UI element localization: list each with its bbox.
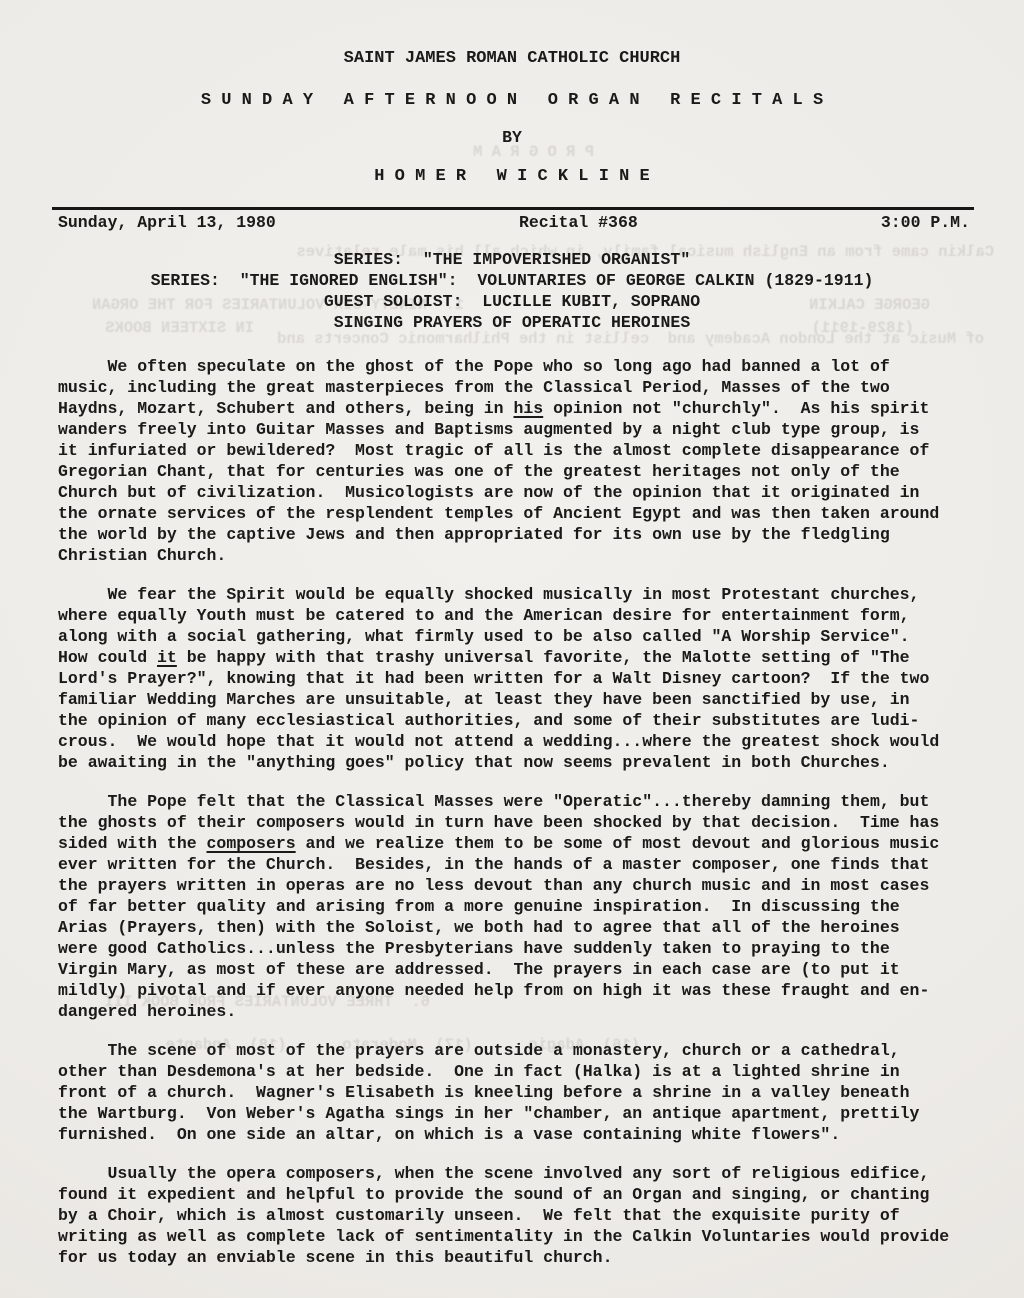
recital-number: Recital #368	[519, 213, 638, 232]
paragraph-text: and we realize them to be some of most d…	[58, 834, 939, 1021]
body-paragraph-5: Usually the opera composers, when the sc…	[58, 1163, 966, 1268]
underlined-word: it	[157, 648, 177, 667]
recital-date: Sunday, April 13, 1980	[58, 213, 276, 232]
byline: BY	[0, 128, 1024, 147]
guest-soloist-line: GUEST SOLOIST: LUCILLE KUBIT, SOPRANO	[0, 291, 1024, 312]
recital-time: 3:00 P.M.	[881, 213, 970, 232]
series-line-1: SERIES: "THE IMPOVERISHED ORGANIST"	[0, 249, 1024, 270]
body-paragraph-3: The Pope felt that the Classical Masses …	[58, 791, 966, 1022]
body-paragraph-2: We fear the Spirit would be equally shoc…	[58, 584, 966, 773]
horizontal-rule: Sunday, April 13, 1980 Recital #368 3:00…	[52, 207, 974, 232]
paragraph-text: opinion not "churchly". As his spirit wa…	[58, 399, 939, 565]
performer-name: H O M E R W I C K L I N E	[0, 167, 1024, 186]
church-title: SAINT JAMES ROMAN CATHOLIC CHURCH	[0, 49, 1024, 68]
program-header: SAINT JAMES ROMAN CATHOLIC CHURCH S U N …	[0, 0, 1024, 186]
body-paragraph-1: We often speculate on the ghost of the P…	[58, 356, 966, 566]
underlined-word: composers	[207, 834, 296, 853]
series-line-2: SERIES: "THE IGNORED ENGLISH": VOLUNTARI…	[0, 270, 1024, 291]
body-paragraph-4: The scene of most of the prayers are out…	[58, 1040, 966, 1145]
paragraph-text: The scene of most of the prayers are out…	[58, 1041, 919, 1144]
recital-series-title: S U N D A Y A F T E R N O O N O R G A N …	[0, 91, 1024, 110]
program-notes: We often speculate on the ghost of the P…	[0, 356, 1024, 1268]
underlined-word: his	[513, 399, 543, 418]
paragraph-text: Usually the opera composers, when the sc…	[58, 1164, 949, 1267]
recital-info-bar: Sunday, April 13, 1980 Recital #368 3:00…	[52, 210, 974, 232]
series-announcement-block: SERIES: "THE IMPOVERISHED ORGANIST" SERI…	[0, 249, 1024, 333]
program-theme-line: SINGING PRAYERS OF OPERATIC HEROINES	[0, 312, 1024, 333]
paragraph-text: be happy with that trashy universal favo…	[58, 648, 939, 772]
scanned-recital-program-page: P R O G R A M Calkin came from an Englis…	[0, 0, 1024, 1298]
